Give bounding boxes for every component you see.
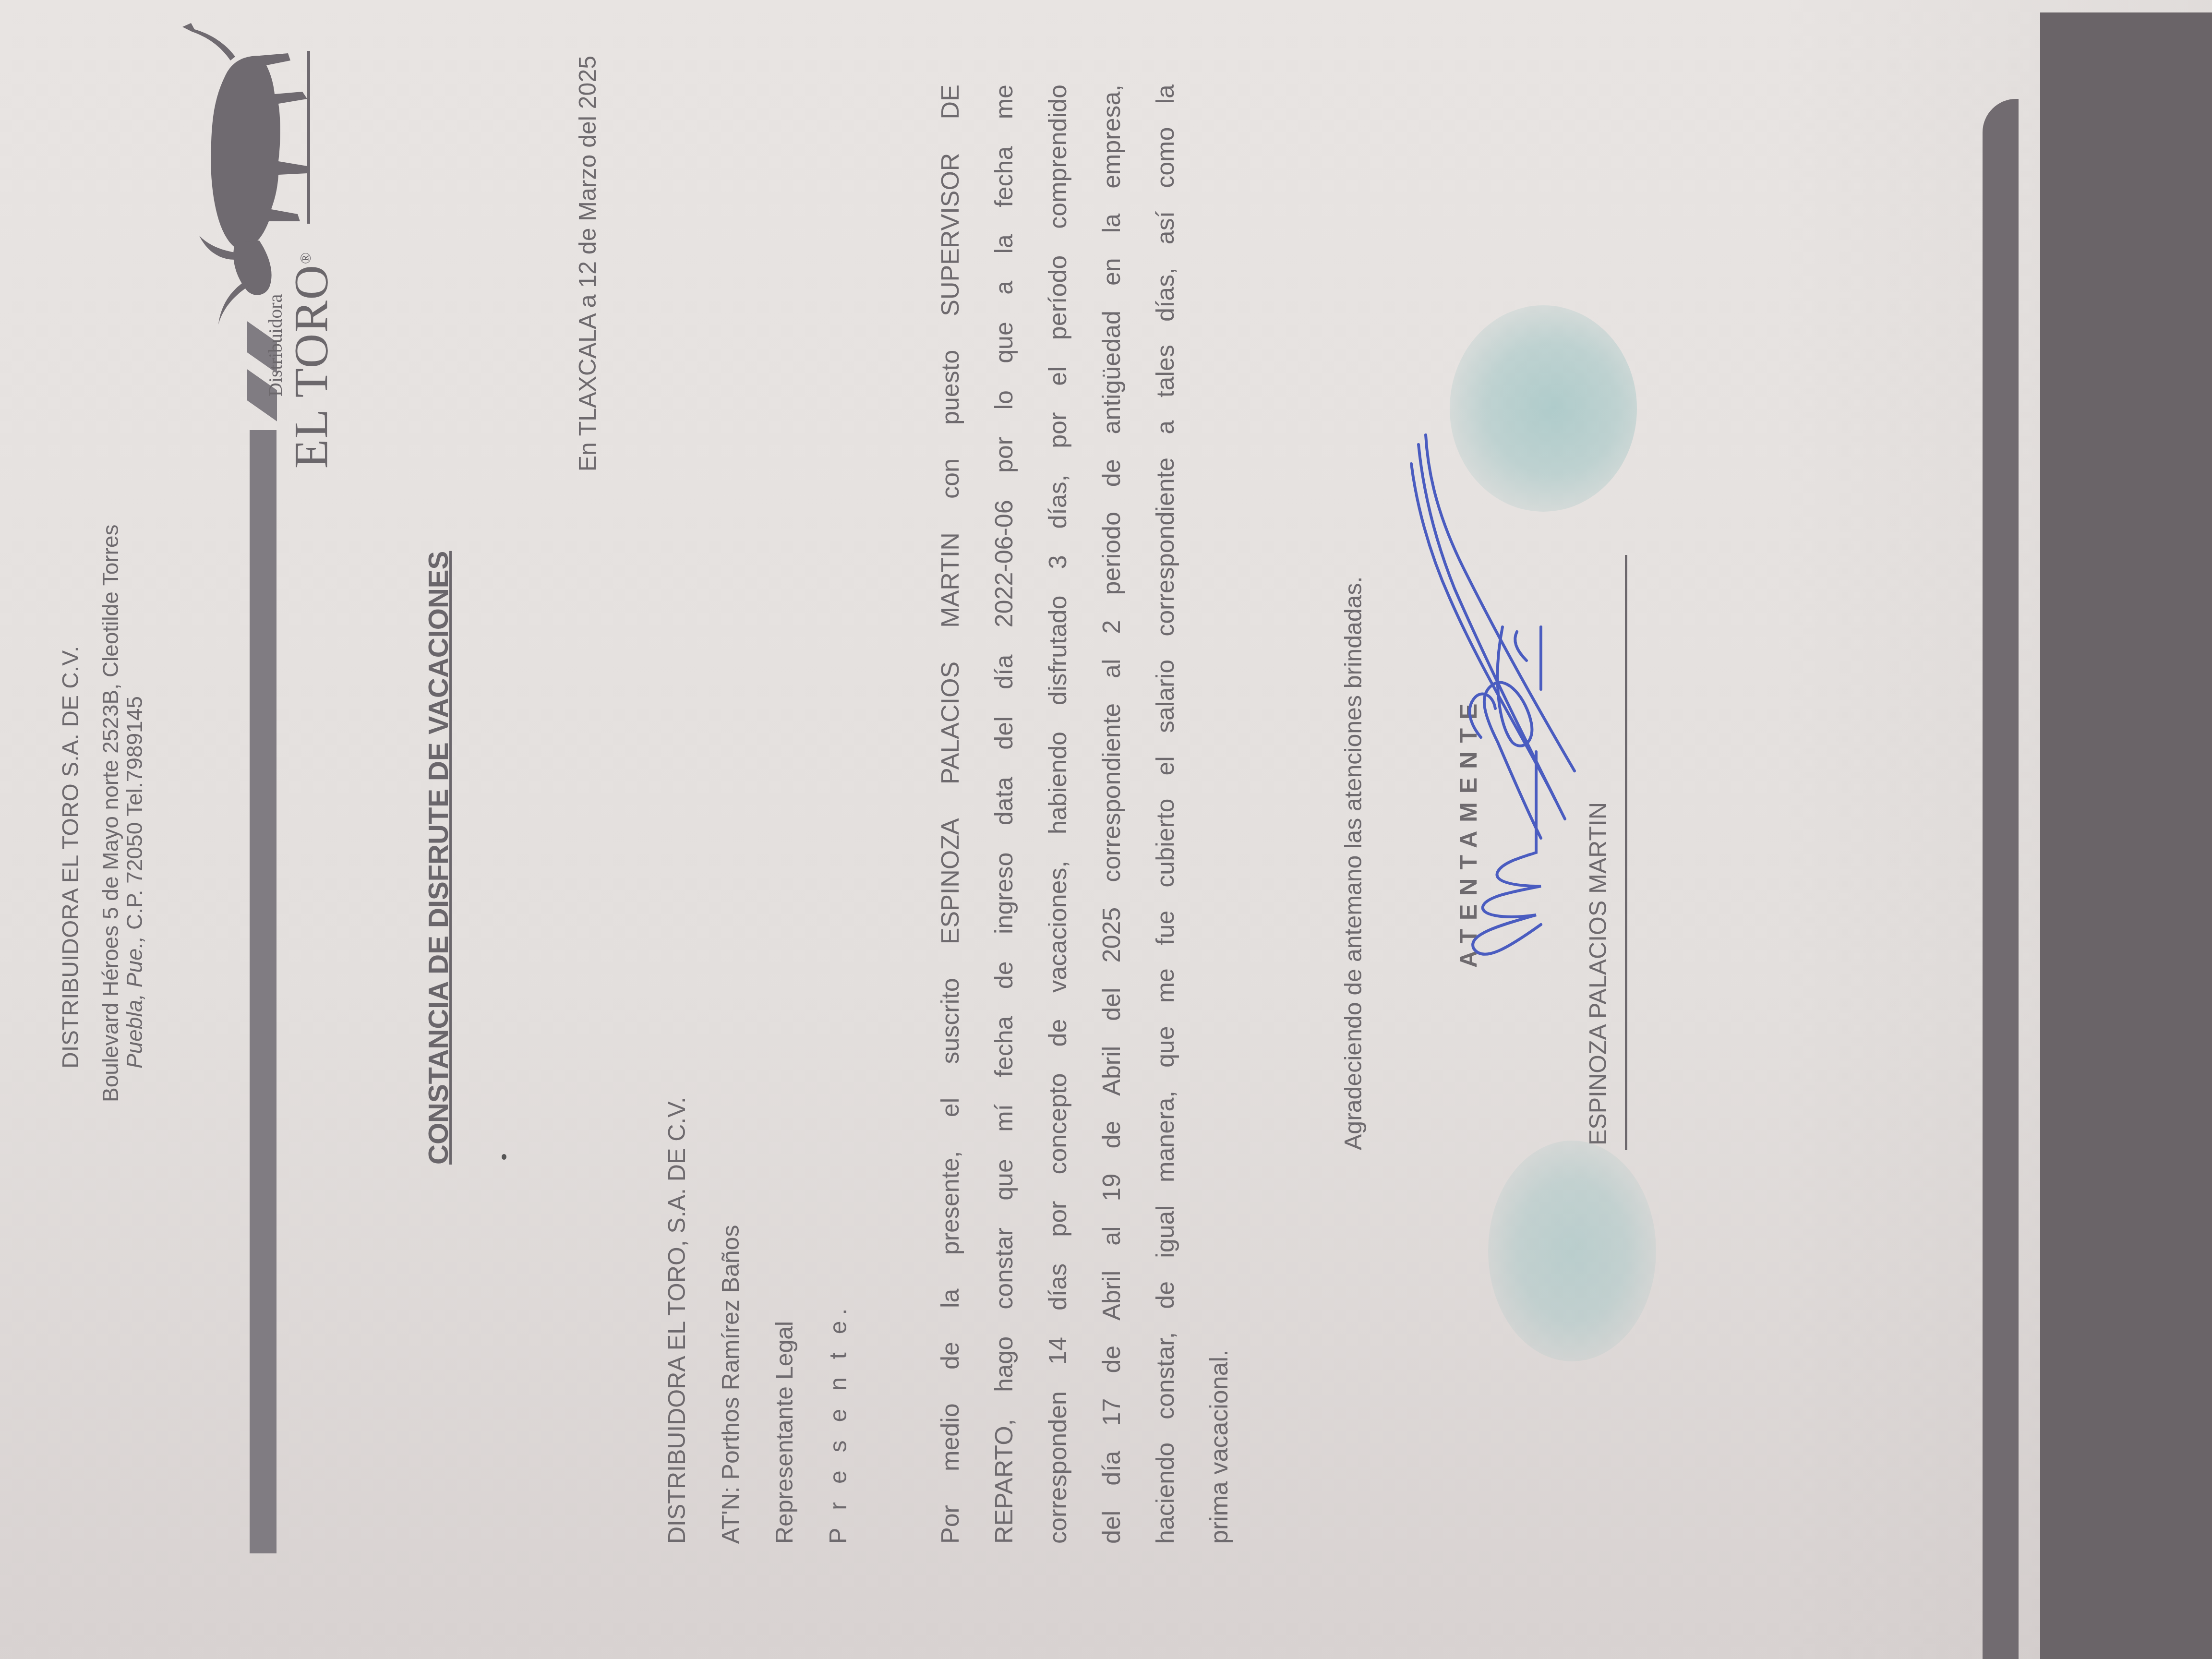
body-word: vacaciones, — [1044, 861, 1072, 993]
body-word: fue — [1151, 911, 1180, 945]
signer-name: ESPINOZA PALACIOS MARTIN — [1584, 521, 1612, 1145]
body-word: medio — [936, 1403, 965, 1471]
body-word: igual — [1151, 1205, 1180, 1258]
logo-brand-text: EL TORO — [284, 264, 337, 469]
registered-mark: ® — [297, 252, 314, 264]
body-word: al — [1097, 659, 1126, 678]
body-word: de — [1151, 1281, 1180, 1309]
header-stripe — [250, 430, 276, 1553]
body-word: la — [1151, 84, 1180, 104]
body-word: el — [936, 1098, 965, 1117]
body-word: por — [990, 437, 1019, 473]
body-word: la — [990, 234, 1019, 253]
body-word: como — [1151, 127, 1180, 188]
body-word: data — [990, 777, 1019, 825]
body-word: SUPERVISOR — [936, 153, 965, 316]
body-word: concepto — [1044, 1073, 1072, 1175]
body-word: 2 — [1097, 620, 1126, 634]
body-word: REPARTO, — [990, 1419, 1019, 1544]
body-word: de — [990, 961, 1019, 989]
body-word: de — [1097, 1121, 1126, 1149]
body-word: me — [1151, 968, 1180, 1003]
body-line: Pormediodelapresente,elsuscritoESPINOZAP… — [936, 84, 965, 1544]
body-word: Abril — [1097, 1271, 1126, 1321]
body-word: MARTIN — [936, 532, 965, 627]
body-line: prima vacacional. — [1205, 84, 1234, 1544]
body-word: día — [990, 655, 1019, 689]
body-word: ingreso — [990, 852, 1019, 934]
document-title: CONSTANCIA DE DISFRUTE DE VACACIONES — [422, 397, 455, 1165]
body-word: correspondiente — [1097, 703, 1126, 882]
body-word: que — [990, 322, 1019, 363]
body-paragraph: Pormediodelapresente,elsuscritoESPINOZAP… — [936, 84, 1259, 1544]
addressee-role: Representante Legal — [770, 872, 799, 1544]
body-word: tales — [1151, 345, 1180, 397]
address-line-2: Puebla, Pue., C.P. 72050 Tel.7989145 — [122, 0, 146, 1102]
addressee-greeting: P r e s e n t e. — [824, 872, 853, 1544]
body-word: haciendo — [1151, 1443, 1180, 1544]
addressee-block: DISTRIBUIDORA EL TORO, S.A. DE C.V. AT'N… — [662, 872, 878, 1544]
footer-band-thick — [2040, 12, 2212, 1659]
body-word: habiendo — [1044, 732, 1072, 834]
body-word: PALACIOS — [936, 661, 965, 784]
body-word: del — [1097, 1511, 1126, 1544]
letterhead-company: DISTRIBUIDORA EL TORO S.A. DE C.V. — [58, 108, 84, 1069]
body-word: así — [1151, 211, 1180, 244]
body-word: por — [1044, 1201, 1072, 1237]
body-word: constar — [990, 1227, 1019, 1310]
body-word: la — [936, 1289, 965, 1308]
body-word: fecha — [990, 1016, 1019, 1077]
body-word: 3 — [1044, 555, 1072, 569]
body-word: días, — [1151, 267, 1180, 322]
body-word: de — [1044, 1019, 1072, 1047]
body-word: suscrito — [936, 978, 965, 1064]
body-word: 14 — [1044, 1337, 1072, 1365]
body-word: días — [1044, 1263, 1072, 1310]
body-word: de — [1097, 1346, 1126, 1373]
body-word: a — [1151, 421, 1180, 434]
body-word: Por — [936, 1505, 965, 1544]
body-word: que — [990, 1159, 1019, 1201]
body-word: comprendido — [1044, 84, 1072, 229]
body-word: hago — [990, 1336, 1019, 1392]
body-word: manera, — [1151, 1091, 1180, 1182]
body-word: disfrutado — [1044, 596, 1072, 705]
body-word: me — [990, 84, 1019, 119]
letter-page: DISTRIBUIDORA EL TORO S.A. DE C.V. Boule… — [0, 0, 2212, 1659]
place-date: En TLAXCALA a 12 de Marzo del 2025 — [574, 56, 601, 584]
body-word: de — [936, 1342, 965, 1370]
address-city: Puebla, Pue., — [122, 936, 147, 1069]
letterhead-address: Boulevard Héroes 5 de Mayo norte 2523B, … — [98, 0, 146, 1102]
footer-band-thin — [1983, 99, 2019, 1659]
closing-thanks: Agradeciendo de antemano las atenciones … — [1339, 334, 1367, 1150]
body-word: por — [1044, 412, 1072, 448]
fingerprint-left — [1488, 1141, 1656, 1361]
ink-speck — [502, 1154, 506, 1160]
body-word: prima vacacional. — [1205, 1349, 1234, 1544]
body-word: 19 — [1097, 1174, 1126, 1202]
body-word: días, — [1044, 475, 1072, 529]
body-word: empresa, — [1097, 84, 1126, 189]
body-word: de — [1097, 459, 1126, 487]
body-word: puesto — [936, 350, 965, 425]
body-line: REPARTO,hagoconstarquemífechadeingresoda… — [990, 84, 1019, 1544]
body-word: la — [1097, 214, 1126, 233]
body-word: del — [1097, 987, 1126, 1021]
address-postal-phone: C.P. 72050 Tel.7989145 — [122, 696, 147, 930]
body-word: fecha — [990, 146, 1019, 207]
body-word: 2022-06-06 — [990, 500, 1019, 627]
body-word: el — [1151, 756, 1180, 775]
body-word: corresponden — [1044, 1391, 1072, 1544]
body-line: haciendoconstar,deigualmanera,quemefuecu… — [1151, 84, 1180, 1544]
body-word: Abril — [1097, 1046, 1126, 1096]
body-word: 17 — [1097, 1398, 1126, 1426]
body-word: del — [990, 716, 1019, 749]
body-word: el — [1044, 366, 1072, 385]
body-word: día — [1097, 1451, 1126, 1485]
addressee-company: DISTRIBUIDORA EL TORO, S.A. DE C.V. — [662, 872, 691, 1544]
body-word: en — [1097, 258, 1126, 286]
body-word: ESPINOZA — [936, 818, 965, 944]
addressee-attn: AT'N: Porthos Ramírez Baños — [716, 872, 745, 1544]
body-line: corresponden14díasporconceptodevacacione… — [1044, 84, 1072, 1544]
body-word: 2025 — [1097, 907, 1126, 963]
body-word: período — [1044, 255, 1072, 340]
body-word: con — [936, 458, 965, 499]
body-word: periodo — [1097, 512, 1126, 595]
signature-line — [1625, 555, 1627, 1150]
body-word: presente, — [936, 1151, 965, 1255]
body-word: lo — [990, 390, 1019, 409]
body-word: DE — [936, 84, 965, 119]
body-line: deldía17deAbrilal19deAbrildel2025corresp… — [1097, 84, 1126, 1544]
body-word: al — [1097, 1226, 1126, 1245]
address-line-1: Boulevard Héroes 5 de Mayo norte 2523B, … — [98, 524, 123, 1102]
body-word: constar, — [1151, 1332, 1180, 1419]
body-word: a — [990, 281, 1019, 295]
body-word: antigüedad — [1097, 311, 1126, 434]
body-word: salario — [1151, 660, 1180, 733]
body-word: que — [1151, 1026, 1180, 1068]
body-word: correspondiente — [1151, 457, 1180, 637]
body-word: cubierto — [1151, 799, 1180, 888]
body-word: mí — [990, 1104, 1019, 1132]
logo-brand: EL TORO® — [283, 180, 338, 469]
